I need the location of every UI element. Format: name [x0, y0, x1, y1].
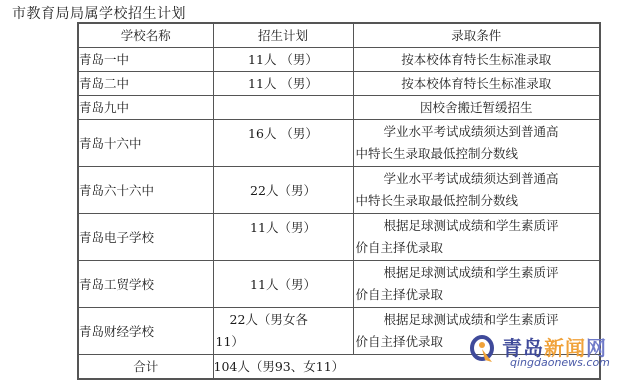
school-name: 青岛财经学校: [78, 307, 213, 354]
header-quota: 招生计划: [213, 23, 353, 47]
table-row: 青岛九中 因校舍搬迁暂缓招生: [78, 95, 600, 119]
table-row: 青岛电子学校 11人（男） 根据足球测试成绩和学生素质评 价自主择优录取: [78, 213, 600, 260]
condition: 按本校体育特长生标准录取: [353, 71, 600, 95]
school-name: 青岛六十六中: [78, 166, 213, 213]
table-header-row: 学校名称 招生计划 录取条件: [78, 23, 600, 47]
quota: 11人 （男）: [213, 71, 353, 95]
header-condition: 录取条件: [353, 23, 600, 47]
qingdaonews-logo-icon: [470, 334, 498, 364]
total-label: 合计: [78, 354, 213, 379]
condition-line: 价自主择优录取: [356, 284, 600, 306]
table-row: 青岛工贸学校 11人（男） 根据足球测试成绩和学生素质评 价自主择优录取: [78, 260, 600, 307]
page-title: 市教育局局属学校招生计划: [12, 3, 186, 23]
table-row: 青岛十六中 16人 （男） 学业水平考试成绩须达到普通高 中特长生录取最低控制分…: [78, 119, 600, 166]
condition: 按本校体育特长生标准录取: [353, 47, 600, 71]
condition: 学业水平考试成绩须达到普通高 中特长生录取最低控制分数线: [353, 166, 600, 213]
quota: 11人 （男）: [213, 47, 353, 71]
condition: 根据足球测试成绩和学生素质评 价自主择优录取: [353, 213, 600, 260]
school-name: 青岛电子学校: [78, 213, 213, 260]
quota: 11人（男）: [213, 213, 353, 260]
table-row: 青岛二中 11人 （男） 按本校体育特长生标准录取: [78, 71, 600, 95]
condition-line: 根据足球测试成绩和学生素质评: [356, 262, 600, 284]
quota: [213, 95, 353, 119]
school-name: 青岛九中: [78, 95, 213, 119]
condition-line: 中特长生录取最低控制分数线: [356, 190, 600, 212]
header-school-name: 学校名称: [78, 23, 213, 47]
condition-line: 价自主择优录取: [356, 237, 600, 259]
condition: 学业水平考试成绩须达到普通高 中特长生录取最低控制分数线: [353, 119, 600, 166]
quota: 22人（男）: [213, 166, 353, 213]
table-row: 青岛一中 11人 （男） 按本校体育特长生标准录取: [78, 47, 600, 71]
school-name: 青岛十六中: [78, 119, 213, 166]
condition-line: 根据足球测试成绩和学生素质评: [356, 309, 600, 331]
table-row: 青岛六十六中 22人（男） 学业水平考试成绩须达到普通高 中特长生录取最低控制分…: [78, 166, 600, 213]
quota: 11人（男）: [213, 260, 353, 307]
watermark-domain: qingdaonews.com: [510, 356, 610, 369]
school-name: 青岛一中: [78, 47, 213, 71]
condition: 因校舍搬迁暂缓招生: [353, 95, 600, 119]
condition: 根据足球测试成绩和学生素质评 价自主择优录取: [353, 260, 600, 307]
quota: 22人（男女各 11）: [213, 307, 353, 354]
enrollment-plan-table: 学校名称 招生计划 录取条件 青岛一中 11人 （男） 按本校体育特长生标准录取…: [77, 22, 601, 380]
condition-line: 根据足球测试成绩和学生素质评: [356, 215, 600, 237]
condition-line: 学业水平考试成绩须达到普通高: [356, 121, 600, 143]
quota: 16人 （男）: [213, 119, 353, 166]
school-name: 青岛二中: [78, 71, 213, 95]
condition-line: 学业水平考试成绩须达到普通高: [356, 168, 600, 190]
quota-line: 11）: [214, 331, 353, 353]
school-name: 青岛工贸学校: [78, 260, 213, 307]
quota-line: 22人（男女各: [214, 308, 353, 331]
qingdaonews-watermark: 青岛新闻网 qingdaonews.com: [470, 332, 635, 374]
condition-line: 中特长生录取最低控制分数线: [356, 143, 600, 165]
